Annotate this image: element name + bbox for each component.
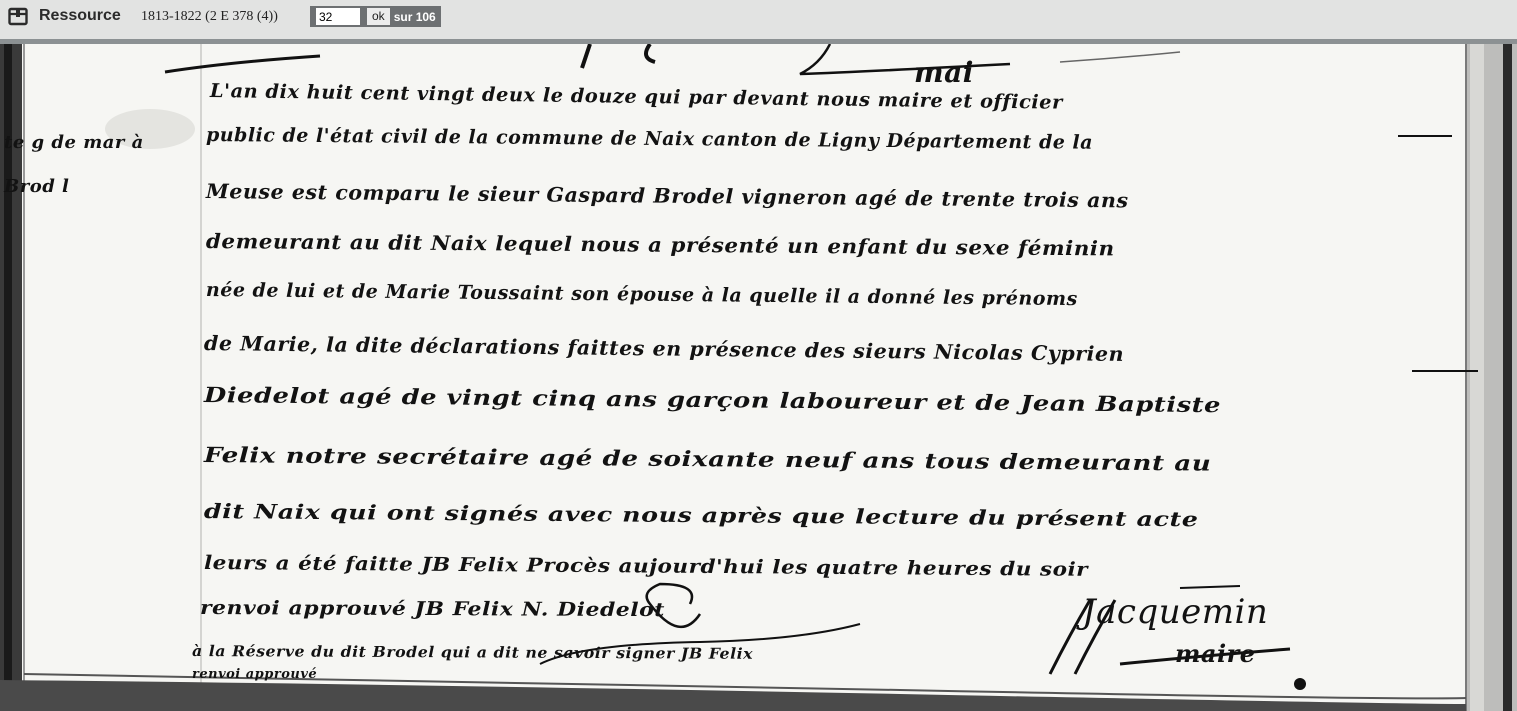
resource-label: Ressource xyxy=(39,7,121,25)
resource-title: 1813-1822 (2 E 378 (4)) xyxy=(141,9,278,25)
record-line-11: renvoi approuvé JB Felix N. Diedelot xyxy=(200,597,665,621)
document-viewer[interactable]: te g de mar à Brod l mai L'an dix huit c… xyxy=(0,44,1517,711)
top-bar: Ressource 1813-1822 (2 E 378 (4)) ok sur… xyxy=(0,0,1517,39)
margin-note-line-1: te g de mar à xyxy=(4,132,144,153)
page-number-input[interactable] xyxy=(316,8,360,25)
signature-maire: maire xyxy=(1175,639,1255,668)
page-navigator: ok sur 106 xyxy=(310,6,441,27)
record-line-13: renvoi approuvé xyxy=(192,667,317,682)
signature-jacquemin: Jacquemin xyxy=(1082,592,1268,632)
archive-box-icon xyxy=(8,6,28,26)
go-to-page-button[interactable]: ok xyxy=(367,8,390,25)
margin-note-line-2: Brod l xyxy=(4,176,69,197)
register-heading-month: mai xyxy=(914,56,974,89)
page-total-label: sur 106 xyxy=(394,10,436,24)
record-line-12: à la Réserve du dit Brodel qui a dit ne … xyxy=(192,642,753,663)
